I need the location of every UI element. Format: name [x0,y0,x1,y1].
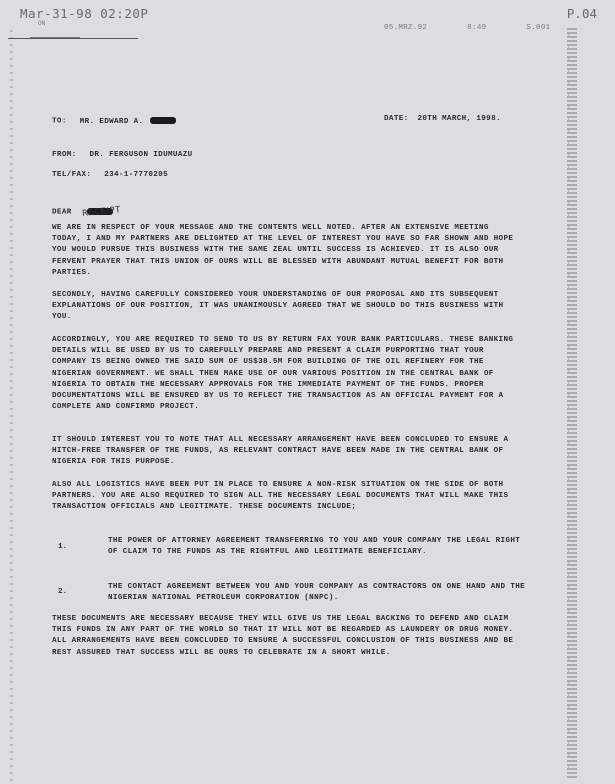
fax-page: Mar-31-98 02:20P P.04 ON 05.MRZ.92 8:49 … [0,0,615,784]
to-label: TO: [52,118,67,126]
fax-transmission-stamp: 05.MRZ.92 8:49 S.001 [384,24,550,32]
list-item-2-number: 2. [58,588,67,596]
scan-edge-right-inner [568,28,569,778]
paragraph-1: WE ARE IN RESPECT OF YOUR MESSAGE AND TH… [52,223,522,279]
date-value: 20TH MARCH, 1998. [417,115,500,123]
telfax-line: TEL/FAX: 234-1-7770205 [52,171,168,179]
stamp-date: 05.MRZ.92 [384,24,427,32]
stamp-time: 8:49 [467,24,486,32]
from-value: DR. FERGUSON IDUMUAZU [89,151,192,159]
from-label: FROM: [52,151,77,159]
paragraph-5: ALSO ALL LOGISTICS HAVE BEEN PUT IN PLAC… [52,480,522,514]
to-value: MR. EDWARD A. [80,118,144,126]
scrawl-text: ON [38,20,45,27]
scrawl-mark: ON [8,28,138,39]
paragraph-2: SECONDLY, HAVING CAREFULLY CONSIDERED YO… [52,290,522,324]
to-line: TO: MR. EDWARD A. [52,117,176,126]
from-line: FROM: DR. FERGUSON IDUMUAZU [52,151,193,159]
fax-page-number: P.04 [567,6,597,21]
list-item-1: THE POWER OF ATTORNEY AGREEMENT TRANSFER… [108,536,528,558]
list-item-2: THE CONTACT AGREEMENT BETWEEN YOU AND YO… [108,582,528,604]
scan-edge-left [10,30,13,784]
stamp-page: S.001 [526,24,550,32]
telfax-value: 234-1-7770205 [104,171,168,179]
salutation-text: DEAR [52,209,72,217]
paragraph-4: IT SHOULD INTEREST YOU TO NOTE THAT ALL … [52,435,522,469]
date-line: DATE: 20TH MARCH, 1998. [384,115,501,123]
redaction-bar [150,117,176,124]
telfax-label: TEL/FAX: [52,171,91,179]
closing-paragraph: THESE DOCUMENTS ARE NECESSARY BECAUSE TH… [52,614,522,659]
date-label: DATE: [384,115,409,123]
list-item-1-number: 1. [58,543,67,551]
fax-timestamp: Mar-31-98 02:20P [20,6,148,21]
paragraph-3: ACCORDINGLY, YOU ARE REQUIRED TO SEND TO… [52,335,522,413]
scrawl-green-line [30,37,80,38]
